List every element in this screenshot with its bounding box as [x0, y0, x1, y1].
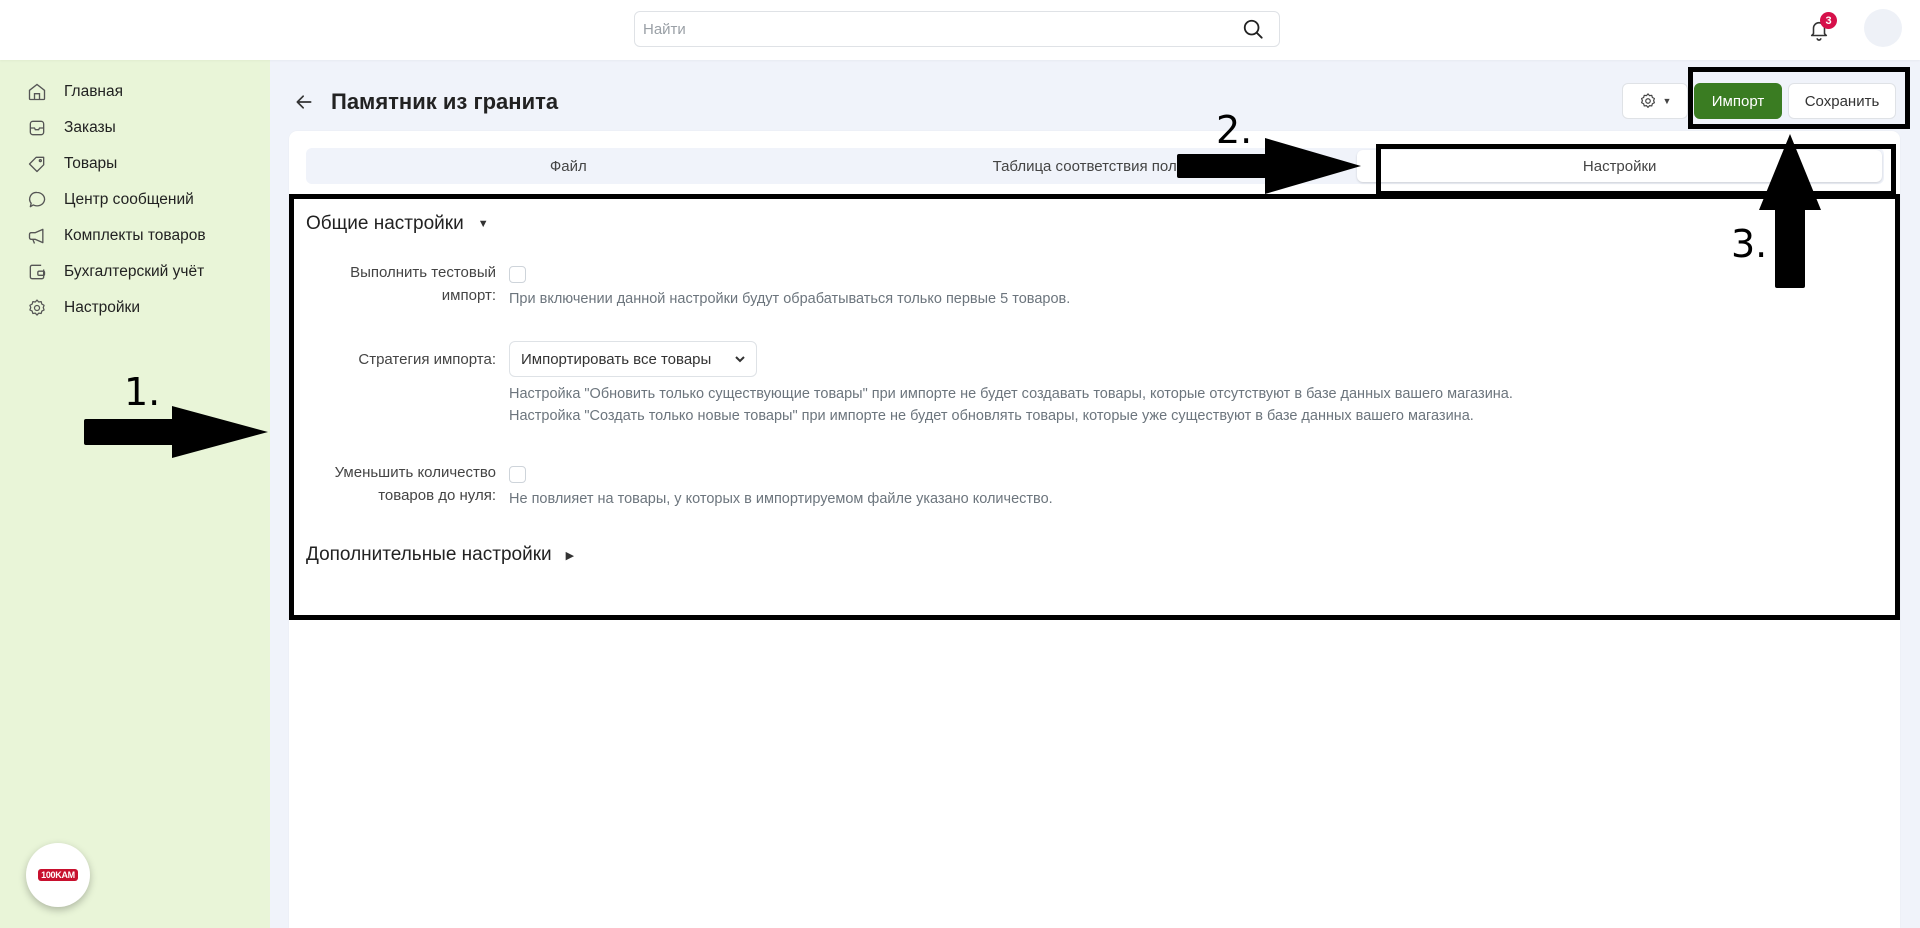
avatar[interactable]: [1864, 9, 1902, 47]
arrow-left-icon: [294, 92, 314, 112]
notification-badge: 3: [1820, 12, 1837, 29]
sidebar-item-label: Главная: [64, 83, 123, 101]
top-bar: 3: [0, 0, 1920, 60]
section-title: Дополнительные настройки: [306, 544, 552, 566]
field-hint: Настройка "Обновить только существующие …: [509, 383, 1513, 427]
sidebar-item-label: Настройки: [64, 299, 140, 317]
store-logo-text: 100KAM: [38, 869, 78, 881]
sidebar-item-label: Товары: [64, 155, 117, 173]
additional-settings-toggle[interactable]: Дополнительные настройки ▶: [306, 544, 574, 566]
gear-icon: [26, 297, 48, 319]
hint-line: Настройка "Обновить только существующие …: [509, 383, 1513, 405]
inbox-icon: [26, 117, 48, 139]
tab-file[interactable]: Файл: [306, 148, 831, 184]
field-label: Выполнить тестовый импорт:: [306, 261, 496, 307]
search-box: [634, 11, 1280, 47]
sidebar-item-orders[interactable]: Заказы: [0, 110, 270, 146]
back-button[interactable]: [289, 87, 319, 117]
import-button[interactable]: Импорт: [1694, 83, 1782, 119]
save-button[interactable]: Сохранить: [1788, 83, 1896, 119]
sidebar-item-label: Центр сообщений: [64, 191, 194, 209]
sidebar-nav: Главная Заказы Товары Центр сообщений Ко…: [0, 60, 270, 326]
sidebar-item-products[interactable]: Товары: [0, 146, 270, 182]
field-label: Стратегия импорта:: [306, 348, 496, 371]
arrow-up-icon: [1758, 134, 1822, 288]
megaphone-icon: [26, 225, 48, 247]
sidebar-item-messages[interactable]: Центр сообщений: [0, 182, 270, 218]
field-hint: Не повлияет на товары, у которых в импор…: [509, 488, 1053, 510]
search-input[interactable]: [635, 12, 1233, 46]
caret-down-icon: ▼: [1663, 96, 1672, 106]
import-card: Файл Таблица соответствия полей Настройк…: [289, 131, 1900, 928]
field-hint: При включении данной настройки будут обр…: [509, 288, 1070, 310]
page-header: Памятник из гранита: [289, 80, 558, 124]
page-title: Памятник из гранита: [331, 89, 558, 115]
caret-right-icon: ▶: [566, 549, 574, 562]
home-icon: [26, 81, 48, 103]
sidebar-item-label: Комплекты товаров: [64, 227, 206, 245]
store-logo[interactable]: 100KAM: [26, 843, 90, 907]
sidebar-item-settings[interactable]: Настройки: [0, 290, 270, 326]
arrow-right-icon: [1177, 138, 1363, 194]
caret-down-icon: ▼: [478, 218, 489, 230]
general-settings-section: Общие настройки ▼: [306, 213, 489, 235]
gear-icon: [1639, 92, 1657, 110]
settings-dropdown-button[interactable]: ▼: [1622, 83, 1688, 119]
general-settings-toggle[interactable]: Общие настройки ▼: [306, 213, 489, 235]
chat-icon: [26, 189, 48, 211]
sidebar-item-home[interactable]: Главная: [0, 74, 270, 110]
additional-settings-section: Дополнительные настройки ▶: [306, 544, 574, 566]
tag-icon: [26, 153, 48, 175]
import-strategy-select[interactable]: Импортировать все товары: [509, 341, 757, 377]
sidebar: Главная Заказы Товары Центр сообщений Ко…: [0, 60, 270, 928]
section-title: Общие настройки: [306, 213, 464, 235]
sidebar-item-label: Бухгалтерский учёт: [64, 263, 204, 281]
sidebar-item-label: Заказы: [64, 119, 116, 137]
search-icon[interactable]: [1233, 12, 1273, 46]
tab-bar: Файл Таблица соответствия полей Настройк…: [306, 148, 1884, 184]
test-import-checkbox[interactable]: [509, 266, 526, 283]
sidebar-item-bundles[interactable]: Комплекты товаров: [0, 218, 270, 254]
chevron-down-icon: [734, 353, 746, 365]
notifications-button[interactable]: 3: [1808, 14, 1836, 44]
arrow-right-icon: [84, 406, 270, 460]
field-label: Уменьшить количество товаров до нуля:: [306, 461, 496, 507]
hint-line: Настройка "Создать только новые товары" …: [509, 405, 1513, 427]
zero-quantity-checkbox[interactable]: [509, 466, 526, 483]
select-value: Импортировать все товары: [521, 351, 711, 368]
sidebar-item-accounting[interactable]: Бухгалтерский учёт: [0, 254, 270, 290]
wallet-icon: [26, 261, 48, 283]
header-actions: ▼ Импорт Сохранить: [1622, 83, 1896, 119]
